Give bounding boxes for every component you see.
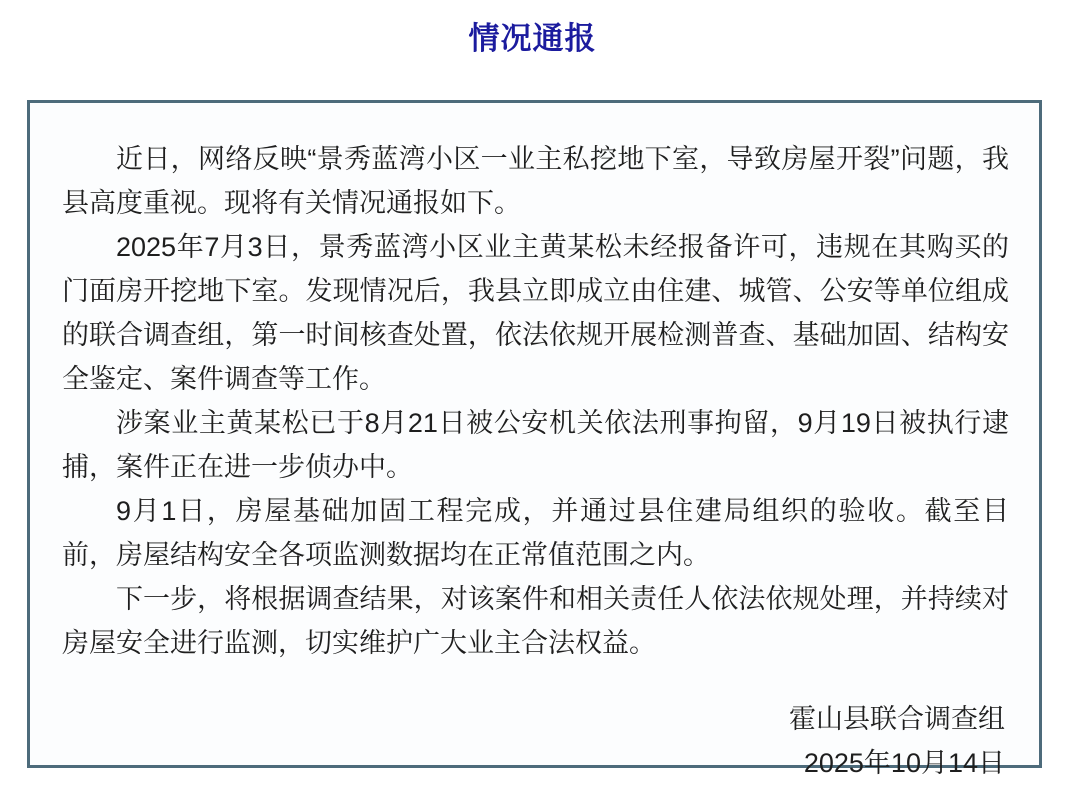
- signature-organization: 霍山县联合调查组: [62, 697, 1005, 741]
- notice-paragraph: 下一步，将根据调查结果，对该案件和相关责任人依法依规处理，并持续对房屋安全进行监…: [62, 577, 1009, 665]
- notice-body: 近日，网络反映“景秀蓝湾小区一业主私挖地下室，导致房屋开裂”问题，我县高度重视。…: [62, 137, 1009, 665]
- signature-date: 2025年10月14日: [62, 741, 1005, 785]
- notice-box: 近日，网络反映“景秀蓝湾小区一业主私挖地下室，导致房屋开裂”问题，我县高度重视。…: [27, 100, 1042, 768]
- notice-paragraph: 近日，网络反映“景秀蓝湾小区一业主私挖地下室，导致房屋开裂”问题，我县高度重视。…: [62, 137, 1009, 225]
- notice-paragraph: 9月1日，房屋基础加固工程完成，并通过县住建局组织的验收。截至目前，房屋结构安全…: [62, 489, 1009, 577]
- notice-paragraph: 2025年7月3日，景秀蓝湾小区业主黄某松未经报备许可，违规在其购买的门面房开挖…: [62, 225, 1009, 401]
- notice-paragraph: 涉案业主黄某松已于8月21日被公安机关依法刑事拘留，9月19日被执行逮捕，案件正…: [62, 401, 1009, 489]
- page-title: 情况通报: [0, 13, 1065, 58]
- signature-block: 霍山县联合调查组 2025年10月14日: [62, 697, 1009, 785]
- notice-page: 情况通报 近日，网络反映“景秀蓝湾小区一业主私挖地下室，导致房屋开裂”问题，我县…: [0, 0, 1065, 798]
